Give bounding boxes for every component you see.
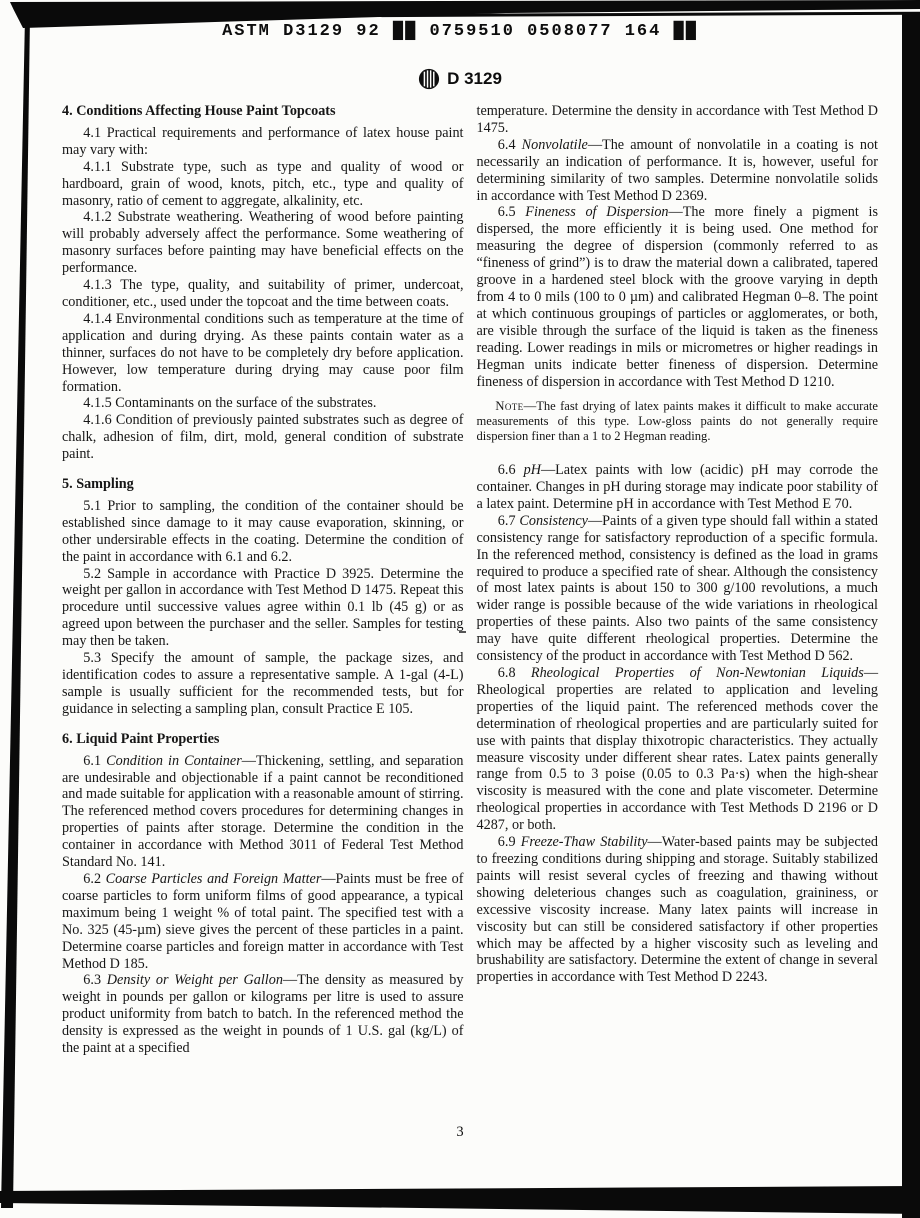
document-id-row: D 3129	[0, 66, 920, 92]
paragraph: 4.1.3 The type, quality, and suitability…	[62, 277, 464, 311]
paragraph: 6.5 Fineness of Dispersion—The more fine…	[477, 204, 879, 390]
paragraph: 6.9 Freeze-Thaw Stability—Water-based pa…	[477, 834, 879, 986]
paragraph: 4.1 Practical requirements and performan…	[62, 125, 464, 159]
paragraph: 4.1.2 Substrate weathering. Weathering o…	[62, 209, 464, 277]
note-paragraph: Note—The fast drying of latex paints mak…	[477, 399, 879, 444]
scan-edge-right	[902, 14, 920, 1218]
paragraph: 4.1.6 Condition of previously painted su…	[62, 412, 464, 463]
astm-logo	[418, 68, 440, 90]
scan-edge-left	[0, 16, 34, 1208]
page-number: 3	[0, 1124, 920, 1141]
paragraph: 6.8 Rheological Properties of Non-Newton…	[477, 665, 879, 834]
paragraph: 6.6 pH—Latex paints with low (acidic) pH…	[477, 462, 879, 513]
document-code-line: ASTM D3129 92 ██ 0759510 0508077 164 ██	[0, 22, 920, 41]
paragraph: 6.4 Nonvolatile—The amount of nonvolatil…	[477, 137, 879, 205]
paragraph: 6.1 Condition in Container—Thickening, s…	[62, 753, 464, 871]
right-column: temperature. Determine the density in ac…	[477, 103, 879, 1057]
document-number: D 3129	[447, 69, 502, 89]
section-heading: 6. Liquid Paint Properties	[62, 731, 464, 748]
paragraph: 6.7 Consistency—Paints of a given type s…	[477, 513, 879, 665]
section-heading: 5. Sampling	[62, 476, 464, 493]
paragraph: 6.3 Density or Weight per Gallon—The den…	[62, 972, 464, 1057]
page-body: 4. Conditions Affecting House Paint Topc…	[62, 103, 878, 1057]
paragraph: 4.1.1 Substrate type, such as type and q…	[62, 159, 464, 210]
paragraph: temperature. Determine the density in ac…	[477, 103, 879, 137]
scan-edge-bottom	[0, 1186, 920, 1218]
paragraph: 5.3 Specify the amount of sample, the pa…	[62, 650, 464, 718]
paragraph: 4.1.5 Contaminants on the surface of the…	[62, 395, 464, 412]
paragraph: 5.1 Prior to sampling, the condition of …	[62, 498, 464, 566]
paragraph: 5.2 Sample in accordance with Practice D…	[62, 566, 464, 651]
paragraph: 4.1.4 Environmental conditions such as t…	[62, 311, 464, 396]
paragraph: 6.2 Coarse Particles and Foreign Matter—…	[62, 871, 464, 972]
section-heading: 4. Conditions Affecting House Paint Topc…	[62, 103, 464, 120]
left-column: 4. Conditions Affecting House Paint Topc…	[62, 103, 464, 1057]
